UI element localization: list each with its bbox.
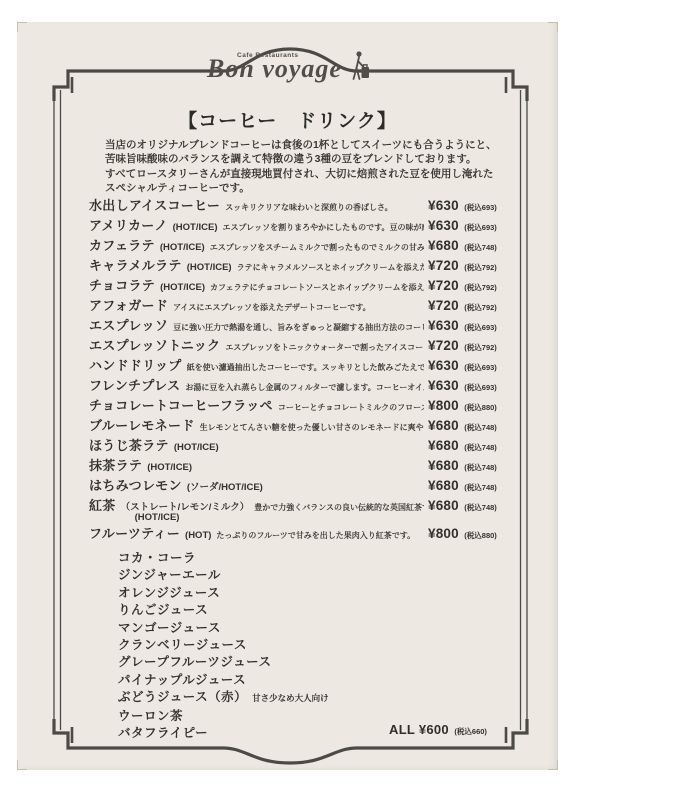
menu-item-name: ほうじ茶ラテ <box>89 435 169 454</box>
soft-drink-item: バタフライピー <box>118 725 329 742</box>
bon-voyage-traveler-icon <box>348 50 370 82</box>
menu-item-detail: (HOT/ICE) エスプレッソを割りまろやかにしたものです。豆の味が感じれます… <box>173 222 424 233</box>
menu-item-row: 抹茶ラテ (HOT/ICE) ¥680 (税込748) <box>89 455 524 475</box>
menu-item-price-tax: (税込693) <box>464 323 497 332</box>
menu-item-description: お湯に豆を入れ蒸らし金属のフィルターで濾します。コーヒーオイルを味わえます。 <box>185 382 424 393</box>
menu-item-row: ブルーレモネード 生レモンとてんさい糖を使った優しい甘さのレモネードに爽やかなブ… <box>89 415 524 435</box>
menu-item-detail: (HOT/ICE) <box>174 442 224 453</box>
menu-item-detail: （ストレート/レモン/ミルク） 豊かで力強くバランスの良い伝統的な英国紅茶です。… <box>121 499 424 523</box>
menu-item-left: ハンドドリップ 紙を使い濾過抽出したコーヒーです。スッキリとした飲みごたえです。 <box>89 355 424 374</box>
menu-item-row: チョコレートコーヒーフラッペ コーヒーとチョコレートミルクのフローズンドリンク … <box>89 395 524 415</box>
soft-drink-name: コカ・コーラ <box>118 550 196 567</box>
menu-item-detail: 豆に強い圧力で熱湯を通し、旨みをぎゅっと凝縮する抽出方法のコーヒーです。 <box>173 322 424 333</box>
menu-item-price-amount: ¥720 <box>428 338 459 353</box>
menu-item-row: カフェラテ (HOT/ICE) エスプレッソをスチームミルクで割ったものでミルク… <box>89 235 524 255</box>
menu-item-price: ¥680 (税込748) <box>428 477 524 495</box>
menu-item-row: チョコラテ (HOT/ICE) カフェラテにチョコレートソースとホイップクリーム… <box>89 275 524 295</box>
menu-item-description: エスプレッソをスチームミルクで割ったものでミルクの甘みが感じられます。 <box>210 242 424 253</box>
menu-item-name: キャラメルラテ <box>89 255 182 274</box>
menu-item-price-tax: (税込748) <box>464 483 497 492</box>
menu-item-price-tax: (税込693) <box>464 223 497 232</box>
menu-item-price-amount: ¥630 <box>428 218 459 233</box>
soft-drink-item: ぶどうジュース（赤） 甘さ少なめ大人向け <box>118 689 329 707</box>
soft-drink-name: ウーロン茶 <box>118 708 183 725</box>
menu-item-price-tax: (税込880) <box>464 531 497 540</box>
menu-item-price: ¥720 (税込792) <box>428 257 524 275</box>
soft-drink-list: コカ・コーラ ジンジャーエール オレンジジュース りんごジュース マンゴージュー… <box>118 550 329 742</box>
menu-item-option: （ストレート/レモン/ミルク） <box>121 499 250 513</box>
menu-item-left: フレンチプレス お湯に豆を入れ蒸らし金属のフィルターで濾します。コーヒーオイルを… <box>89 375 424 394</box>
menu-item-price-amount: ¥630 <box>428 358 459 373</box>
intro-line: 当店のオリジナルブレンドコーヒーは食後の1杯としてスイーツにも合うようにと、 <box>105 138 497 152</box>
soft-drink-item: グレープフルーツジュース <box>118 654 329 671</box>
menu-item-left: アメリカーノ (HOT/ICE) エスプレッソを割りまろやかにしたものです。豆の… <box>89 215 424 234</box>
soft-drink-item: コカ・コーラ <box>118 550 329 567</box>
menu-item-price-amount: ¥680 <box>428 498 459 513</box>
menu-item-description: 紙を使い濾過抽出したコーヒーです。スッキリとした飲みごたえです。 <box>187 362 424 373</box>
menu-item-price: ¥800 (税込880) <box>428 397 524 415</box>
menu-item-price-amount: ¥630 <box>428 318 459 333</box>
soft-drink-price-amount: ALL ¥600 <box>389 722 449 737</box>
menu-item-price: ¥680 (税込748) <box>428 437 524 455</box>
menu-item-price: ¥630 (税込693) <box>428 197 524 215</box>
menu-item-price-amount: ¥680 <box>428 478 459 493</box>
menu-item-detail: アイスにエスプレッソを添えたデザートコーヒーです。 <box>173 302 371 313</box>
menu-item-price-tax: (税込748) <box>464 423 497 432</box>
soft-drink-name: パイナップルジュース <box>118 672 246 689</box>
menu-item-name: 水出しアイスコーヒー <box>89 195 220 214</box>
menu-item-price: ¥800 (税込880) <box>428 525 524 543</box>
menu-list: 水出しアイスコーヒー スッキリクリアな味わいと深煎りの香ばしさ。 ¥630 (税… <box>89 195 524 543</box>
menu-item-price-amount: ¥720 <box>428 258 459 273</box>
menu-item-option-line2: (HOT/ICE) <box>135 513 424 523</box>
menu-item-description: 生レモンとてんさい糖を使った優しい甘さのレモネードに爽やかなブルーを <box>200 422 424 433</box>
soft-drink-price-tax: (税込660) <box>454 727 487 736</box>
soft-drink-note: 甘さ少なめ大人向け <box>252 690 329 707</box>
menu-item-description: エスプレッソをトニックウォーターで割ったアイスコーヒーです。 <box>225 342 424 353</box>
menu-item-detail: (HOT) たっぷりのフルーツで甘みを出した果肉入り紅茶です。 <box>185 530 415 541</box>
menu-paper: Cafe Restaurants Bon voyage 【コーヒー ドリンク】 … <box>17 22 558 770</box>
menu-item-option: (HOT/ICE) <box>173 222 218 233</box>
menu-item-left: ブルーレモネード 生レモンとてんさい糖を使った優しい甘さのレモネードに爽やかなブ… <box>89 415 424 434</box>
menu-item-price-tax: (税込693) <box>464 383 497 392</box>
menu-item-description: コーヒーとチョコレートミルクのフローズンドリンク <box>278 402 424 413</box>
menu-item-price-amount: ¥720 <box>428 298 459 313</box>
menu-item-name: チョコレートコーヒーフラッペ <box>89 395 273 414</box>
menu-item-left: 抹茶ラテ (HOT/ICE) <box>89 455 424 474</box>
menu-item-description: たっぷりのフルーツで甘みを出した果肉入り紅茶です。 <box>216 530 415 541</box>
menu-item-detail: 生レモンとてんさい糖を使った優しい甘さのレモネードに爽やかなブルーを <box>200 422 424 433</box>
menu-item-price: ¥720 (税込792) <box>428 297 524 315</box>
intro-paragraph: 当店のオリジナルブレンドコーヒーは食後の1杯としてスイーツにも合うようにと、 苦… <box>105 138 497 196</box>
menu-item-price-amount: ¥680 <box>428 458 459 473</box>
soft-drink-name: りんごジュース <box>118 602 208 619</box>
menu-item-detail: エスプレッソをトニックウォーターで割ったアイスコーヒーです。 <box>225 342 424 353</box>
menu-item-row: ハンドドリップ 紙を使い濾過抽出したコーヒーです。スッキリとした飲みごたえです。… <box>89 355 524 375</box>
menu-item-name: ブルーレモネード <box>89 415 195 434</box>
menu-item-price: ¥720 (税込792) <box>428 277 524 295</box>
soft-drink-item: パイナップルジュース <box>118 672 329 689</box>
menu-item-price-amount: ¥680 <box>428 238 459 253</box>
menu-item-description: ラテにキャラメルソースとホイップクリームを添えたものです。 <box>237 262 424 273</box>
soft-drink-name: ぶどうジュース（赤） <box>118 689 247 706</box>
menu-item-left: 水出しアイスコーヒー スッキリクリアな味わいと深煎りの香ばしさ。 <box>89 195 424 214</box>
menu-item-name: 抹茶ラテ <box>89 455 142 474</box>
menu-item-option: (HOT/ICE) <box>147 462 192 473</box>
menu-item-price: ¥680 (税込748) <box>428 237 524 255</box>
menu-item-price-tax: (税込693) <box>464 203 497 212</box>
menu-item-left: チョコレートコーヒーフラッペ コーヒーとチョコレートミルクのフローズンドリンク <box>89 395 424 414</box>
menu-item-row: アメリカーノ (HOT/ICE) エスプレッソを割りまろやかにしたものです。豆の… <box>89 215 524 235</box>
intro-line: 苦味旨味酸味のバランスを調えて特徴の違う3種の豆をブレンドしております。 <box>105 152 497 166</box>
menu-item-row: キャラメルラテ (HOT/ICE) ラテにキャラメルソースとホイップクリームを添… <box>89 255 524 275</box>
cropmark-bottom-left <box>17 760 27 770</box>
menu-item-left: アフォガード アイスにエスプレッソを添えたデザートコーヒーです。 <box>89 295 424 314</box>
menu-item-price-amount: ¥630 <box>428 378 459 393</box>
menu-item-price: ¥630 (税込693) <box>428 217 524 235</box>
menu-item-option: (HOT) <box>185 530 211 541</box>
menu-item-name: はちみつレモン <box>89 475 182 494</box>
cropmark-top-left <box>17 22 27 32</box>
menu-item-left: キャラメルラテ (HOT/ICE) ラテにキャラメルソースとホイップクリームを添… <box>89 255 424 274</box>
menu-item-price: ¥720 (税込792) <box>428 337 524 355</box>
menu-item-name: ハンドドリップ <box>89 355 182 374</box>
menu-item-price-tax: (税込693) <box>464 363 497 372</box>
menu-item-price: ¥630 (税込693) <box>428 377 524 395</box>
menu-item-row: エスプレッソトニック エスプレッソをトニックウォーターで割ったアイスコーヒーです… <box>89 335 524 355</box>
intro-line: スペシャルティコーヒーです。 <box>105 181 497 195</box>
menu-item-left: 紅茶 （ストレート/レモン/ミルク） 豊かで力強くバランスの良い伝統的な英国紅茶… <box>89 495 424 523</box>
menu-item-row: 水出しアイスコーヒー スッキリクリアな味わいと深煎りの香ばしさ。 ¥630 (税… <box>89 195 524 215</box>
menu-item-row: フレンチプレス お湯に豆を入れ蒸らし金属のフィルターで濾します。コーヒーオイルを… <box>89 375 524 395</box>
menu-item-price-amount: ¥680 <box>428 418 459 433</box>
menu-item-left: はちみつレモン (ソーダ/HOT/ICE) <box>89 475 424 494</box>
soft-drink-item: ジンジャーエール <box>118 567 329 584</box>
menu-item-option: (ソーダ/HOT/ICE) <box>187 479 263 493</box>
soft-drink-name: マンゴージュース <box>118 620 221 637</box>
soft-drink-name: クランベリージュース <box>118 637 247 654</box>
menu-item-price: ¥630 (税込693) <box>428 357 524 375</box>
soft-drink-item: オレンジジュース <box>118 585 329 602</box>
intro-line: すべてロースタリーさんが直接現地買付され、大切に焙煎された豆を使用し淹れた <box>105 167 497 181</box>
menu-item-left: エスプレッソ 豆に強い圧力で熱湯を通し、旨みをぎゅっと凝縮する抽出方法のコーヒー… <box>89 315 424 334</box>
menu-item-description: エスプレッソを割りまろやかにしたものです。豆の味が感じれます。 <box>223 222 425 233</box>
menu-item-price-amount: ¥720 <box>428 278 459 293</box>
menu-item-option: (HOT/ICE) <box>174 442 219 453</box>
menu-item-option: (HOT/ICE) <box>187 262 232 273</box>
menu-item-left: フルーツティー (HOT) たっぷりのフルーツで甘みを出した果肉入り紅茶です。 <box>89 523 424 542</box>
brand-logo: Cafe Restaurants Bon voyage <box>17 52 558 82</box>
menu-item-description: アイスにエスプレッソを添えたデザートコーヒーです。 <box>173 302 371 313</box>
menu-item-row: エスプレッソ 豆に強い圧力で熱湯を通し、旨みをぎゅっと凝縮する抽出方法のコーヒー… <box>89 315 524 335</box>
menu-item-price-tax: (税込792) <box>464 263 497 272</box>
menu-item-price-tax: (税込792) <box>464 343 497 352</box>
menu-item-description: 豊かで力強くバランスの良い伝統的な英国紅茶です。 <box>254 502 424 513</box>
menu-item-price-amount: ¥680 <box>428 438 459 453</box>
menu-item-name: チョコラテ <box>89 275 155 294</box>
menu-item-row: はちみつレモン (ソーダ/HOT/ICE) ¥680 (税込748) <box>89 475 524 495</box>
soft-drink-name: バタフライピー <box>118 725 208 742</box>
menu-item-option: (HOT/ICE) <box>160 242 205 253</box>
menu-item-row: ほうじ茶ラテ (HOT/ICE) ¥680 (税込748) <box>89 435 524 455</box>
menu-item-description: スッキリクリアな味わいと深煎りの香ばしさ。 <box>225 202 392 213</box>
menu-item-row: アフォガード アイスにエスプレッソを添えたデザートコーヒーです。 ¥720 (税… <box>89 295 524 315</box>
menu-item-left: ほうじ茶ラテ (HOT/ICE) <box>89 435 424 454</box>
menu-item-name: 紅茶 <box>89 495 116 514</box>
logo-title: Bon voyage <box>207 54 342 83</box>
menu-item-price-tax: (税込748) <box>464 243 497 252</box>
menu-item-name: エスプレッソ <box>89 315 168 334</box>
page-title: 【コーヒー ドリンク】 <box>17 106 558 133</box>
menu-item-price: ¥680 (税込748) <box>428 497 524 515</box>
menu-item-name: フレンチプレス <box>89 375 180 394</box>
menu-item-detail: (HOT/ICE) ラテにキャラメルソースとホイップクリームを添えたものです。 <box>187 262 424 273</box>
menu-item-detail: スッキリクリアな味わいと深煎りの香ばしさ。 <box>225 202 392 213</box>
menu-item-detail: 紙を使い濾過抽出したコーヒーです。スッキリとした飲みごたえです。 <box>187 362 424 373</box>
menu-item-row: 紅茶 （ストレート/レモン/ミルク） 豊かで力強くバランスの良い伝統的な英国紅茶… <box>89 495 524 523</box>
menu-item-option: (HOT/ICE) <box>160 282 205 293</box>
menu-item-name: エスプレッソトニック <box>89 335 220 354</box>
menu-item-price-amount: ¥800 <box>428 398 459 413</box>
menu-item-price-tax: (税込748) <box>464 503 497 512</box>
soft-drink-item: クランベリージュース <box>118 637 329 654</box>
soft-drink-price: ALL ¥600 (税込660) <box>389 721 487 739</box>
menu-item-name: アメリカーノ <box>89 215 168 234</box>
menu-item-detail: (ソーダ/HOT/ICE) <box>187 479 268 493</box>
menu-item-detail: (HOT/ICE) エスプレッソをスチームミルクで割ったものでミルクの甘みが感じ… <box>160 242 424 253</box>
menu-item-left: エスプレッソトニック エスプレッソをトニックウォーターで割ったアイスコーヒーです… <box>89 335 424 354</box>
menu-item-row: フルーツティー (HOT) たっぷりのフルーツで甘みを出した果肉入り紅茶です。 … <box>89 523 524 543</box>
cropmark-top-right <box>548 22 558 32</box>
soft-drink-item: マンゴージュース <box>118 620 329 637</box>
menu-item-detail: (HOT/ICE) カフェラテにチョコレートソースとホイップクリームを添えたもの… <box>160 282 424 293</box>
menu-item-price: ¥680 (税込748) <box>428 457 524 475</box>
menu-item-price-tax: (税込880) <box>464 403 497 412</box>
menu-item-detail: お湯に豆を入れ蒸らし金属のフィルターで濾します。コーヒーオイルを味わえます。 <box>185 382 424 393</box>
cropmark-bottom-right <box>548 760 558 770</box>
menu-item-name: アフォガード <box>89 295 168 314</box>
menu-item-description: 豆に強い圧力で熱湯を通し、旨みをぎゅっと凝縮する抽出方法のコーヒーです。 <box>173 322 424 333</box>
menu-item-price-tax: (税込748) <box>464 443 497 452</box>
soft-drink-item: ウーロン茶 <box>118 708 329 725</box>
menu-item-left: カフェラテ (HOT/ICE) エスプレッソをスチームミルクで割ったものでミルク… <box>89 235 424 254</box>
soft-drink-name: ジンジャーエール <box>118 567 221 584</box>
menu-item-price-amount: ¥630 <box>428 198 459 213</box>
menu-item-price-tax: (税込748) <box>464 463 497 472</box>
menu-page: { "colors": { "paper": "#EDE9E2", "frame… <box>0 0 700 800</box>
menu-item-price: ¥630 (税込693) <box>428 317 524 335</box>
soft-drink-name: オレンジジュース <box>118 585 220 602</box>
soft-drink-name: グレープフルーツジュース <box>118 654 272 671</box>
menu-item-price: ¥680 (税込748) <box>428 417 524 435</box>
menu-item-price-amount: ¥800 <box>428 526 459 541</box>
menu-item-left: チョコラテ (HOT/ICE) カフェラテにチョコレートソースとホイップクリーム… <box>89 275 424 294</box>
menu-item-detail: コーヒーとチョコレートミルクのフローズンドリンク <box>278 402 424 413</box>
soft-drink-item: りんごジュース <box>118 602 329 619</box>
menu-item-price-tax: (税込792) <box>464 283 497 292</box>
menu-item-detail: (HOT/ICE) <box>147 462 197 473</box>
menu-item-description: カフェラテにチョコレートソースとホイップクリームを添えたものです。 <box>210 282 424 293</box>
menu-item-name: カフェラテ <box>89 235 155 254</box>
menu-item-price-tax: (税込792) <box>464 303 497 312</box>
menu-item-name: フルーツティー <box>89 523 180 542</box>
